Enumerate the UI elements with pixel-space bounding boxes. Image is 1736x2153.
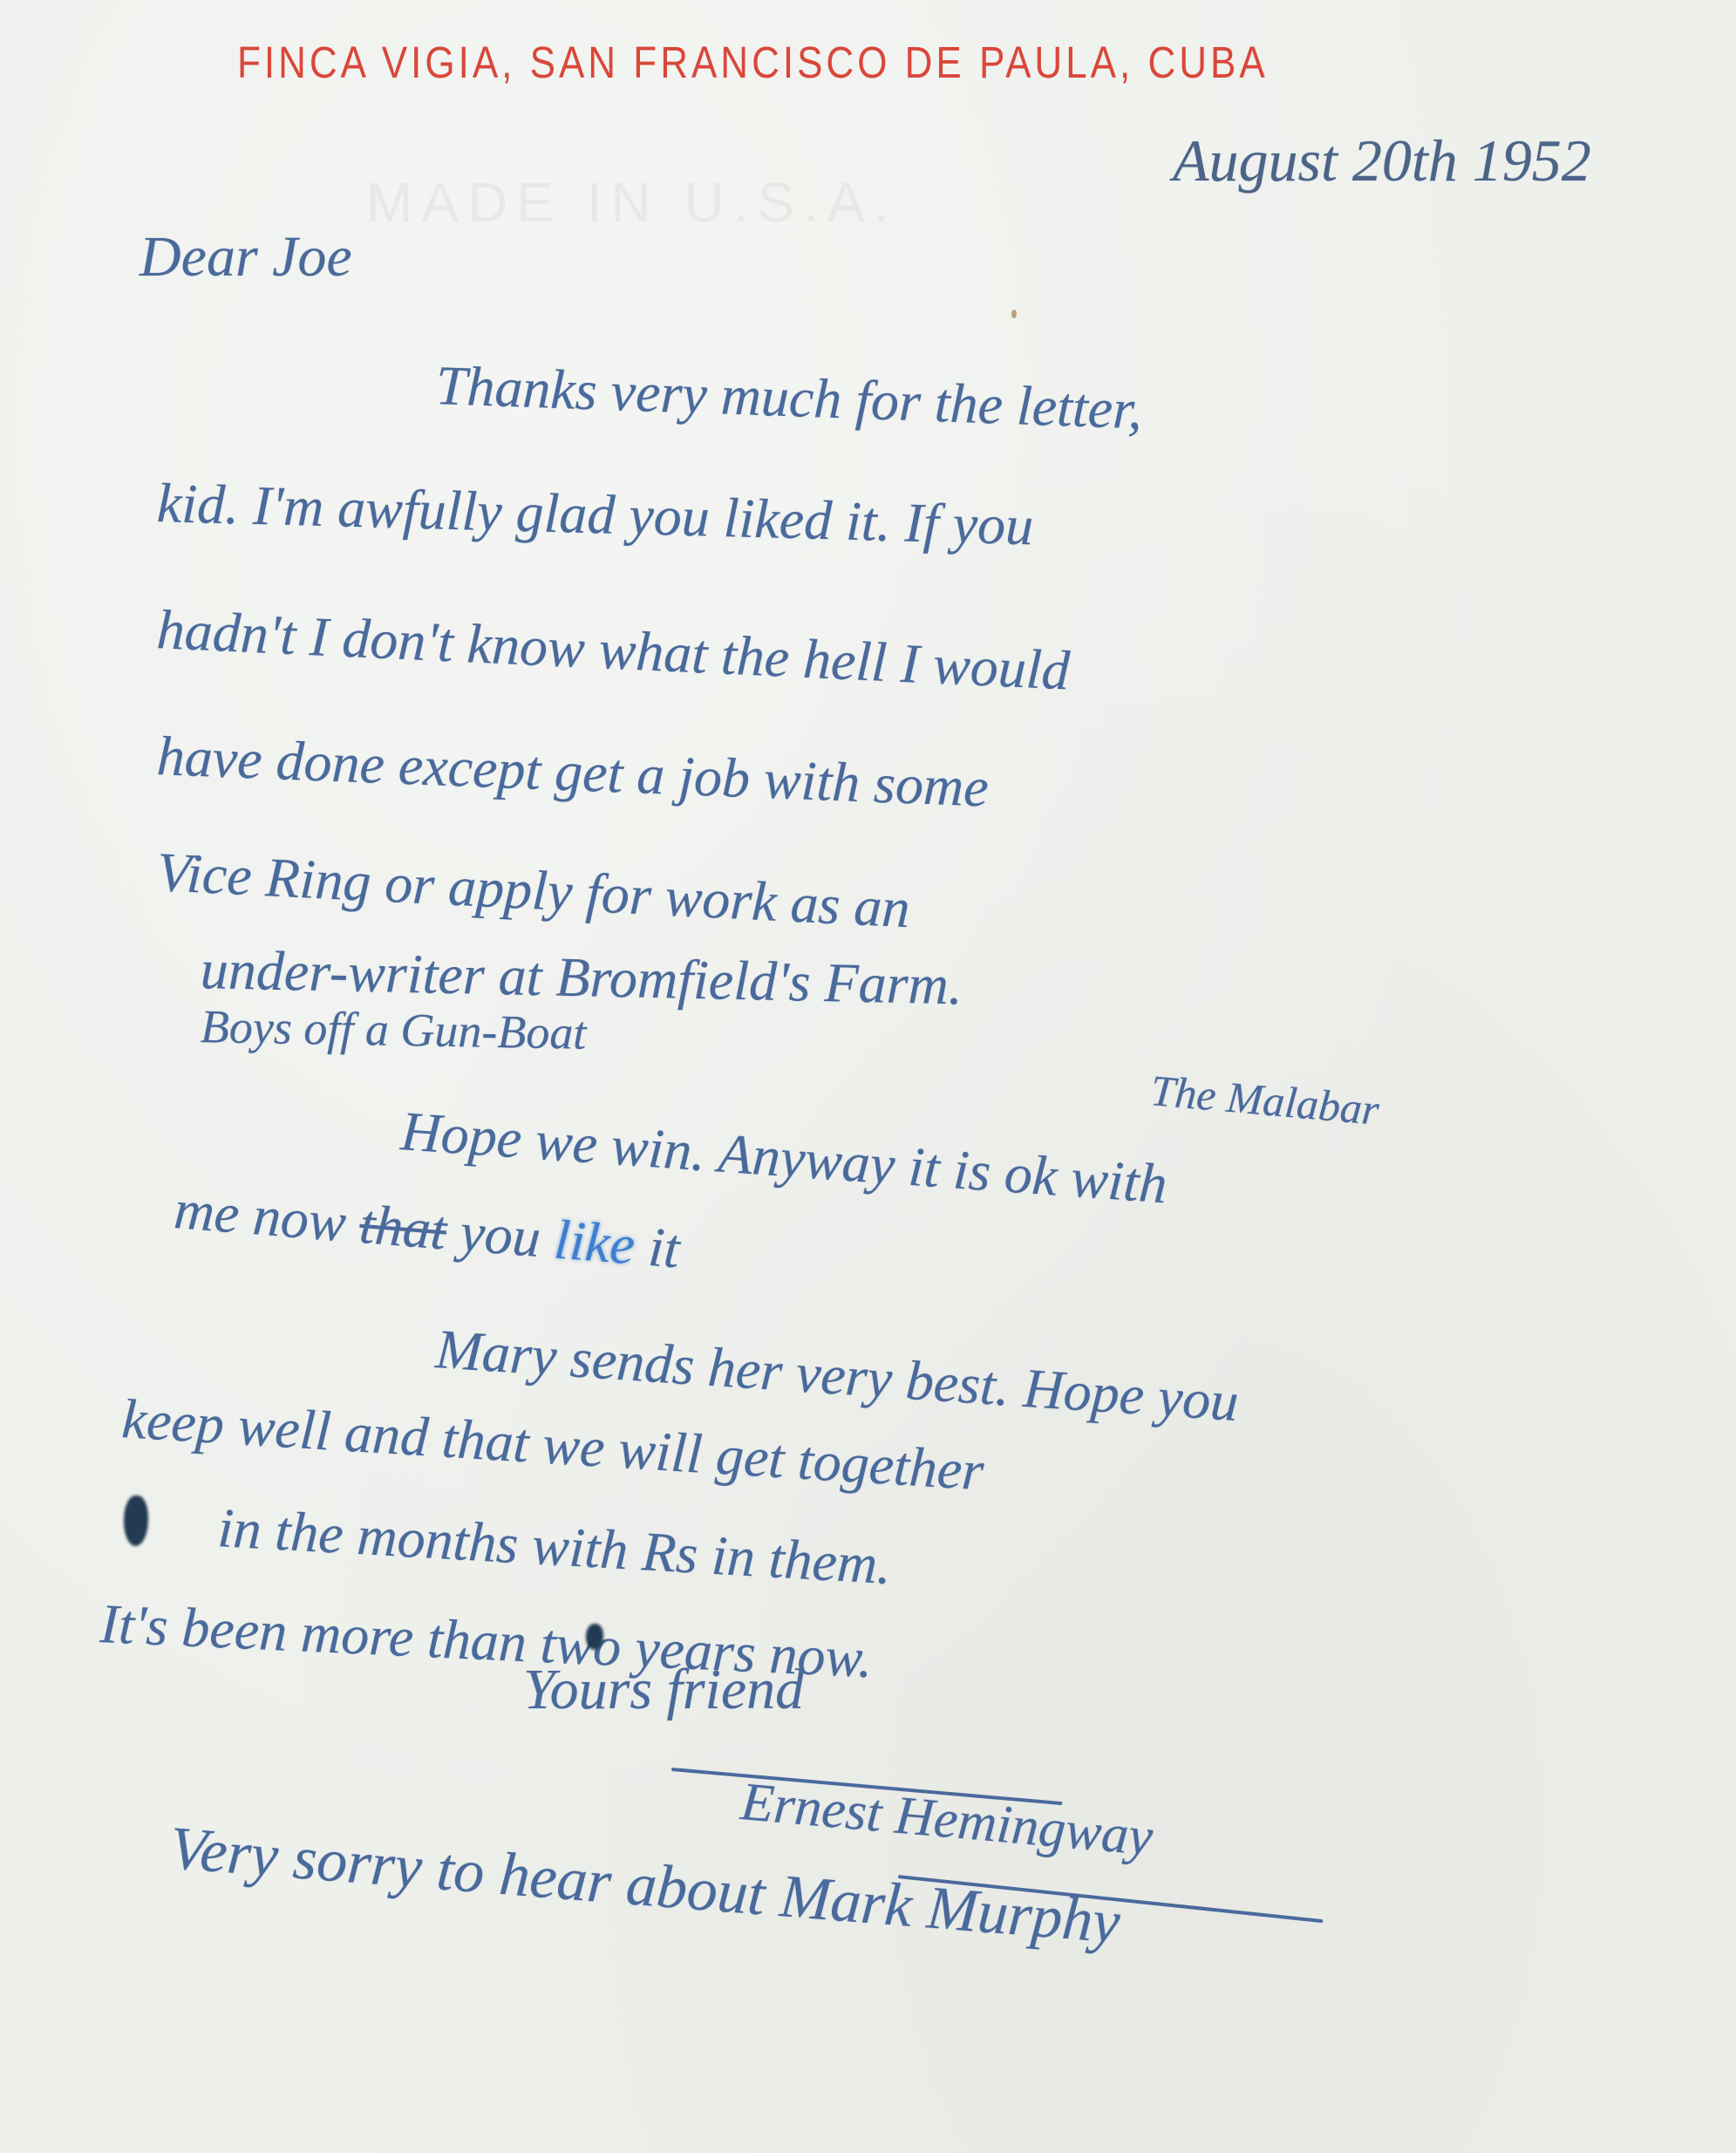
body-line: have done except get a job with some [156,728,990,816]
ink-blot [124,1496,148,1546]
body-line-with-edits: me now that you like it [172,1182,681,1277]
letter-closing: Yours friend [523,1661,804,1719]
body-line: hadn't I don't know what the hell I woul… [156,602,1072,698]
body-line: Hope we win. Anyway it is ok with [399,1103,1169,1212]
struck-word: that [357,1193,449,1262]
body-line: Thanks very much for the letter, [435,358,1143,438]
smudged-word: like [552,1208,637,1276]
body-line-margin-note: The Malabar [1149,1068,1381,1132]
paper-stain [1011,310,1017,318]
text-segment: it [632,1215,682,1280]
letter-greeting: Dear Joe [140,228,352,286]
text-segment: me now [172,1178,362,1255]
signature: Ernest Hemingway [739,1775,1154,1864]
letterhead: FINCA VIGIA, SAN FRANCISCO DE PAULA, CUB… [237,38,1269,89]
body-line-insert: Boys off a Gun-Boat [201,1003,587,1057]
paper-watermark: MADE IN U.S.A. [366,170,897,235]
body-line: kid. I'm awfully glad you liked it. If y… [156,475,1034,554]
text-segment: you [444,1200,557,1271]
letter-page: MADE IN U.S.A. FINCA VIGIA, SAN FRANCISC… [0,0,1736,2153]
letter-date: August 20th 1952 [1173,131,1591,190]
body-line: Vice Ring or apply for work as an [155,844,911,937]
body-line: in the months with Rs in them. [216,1500,893,1593]
